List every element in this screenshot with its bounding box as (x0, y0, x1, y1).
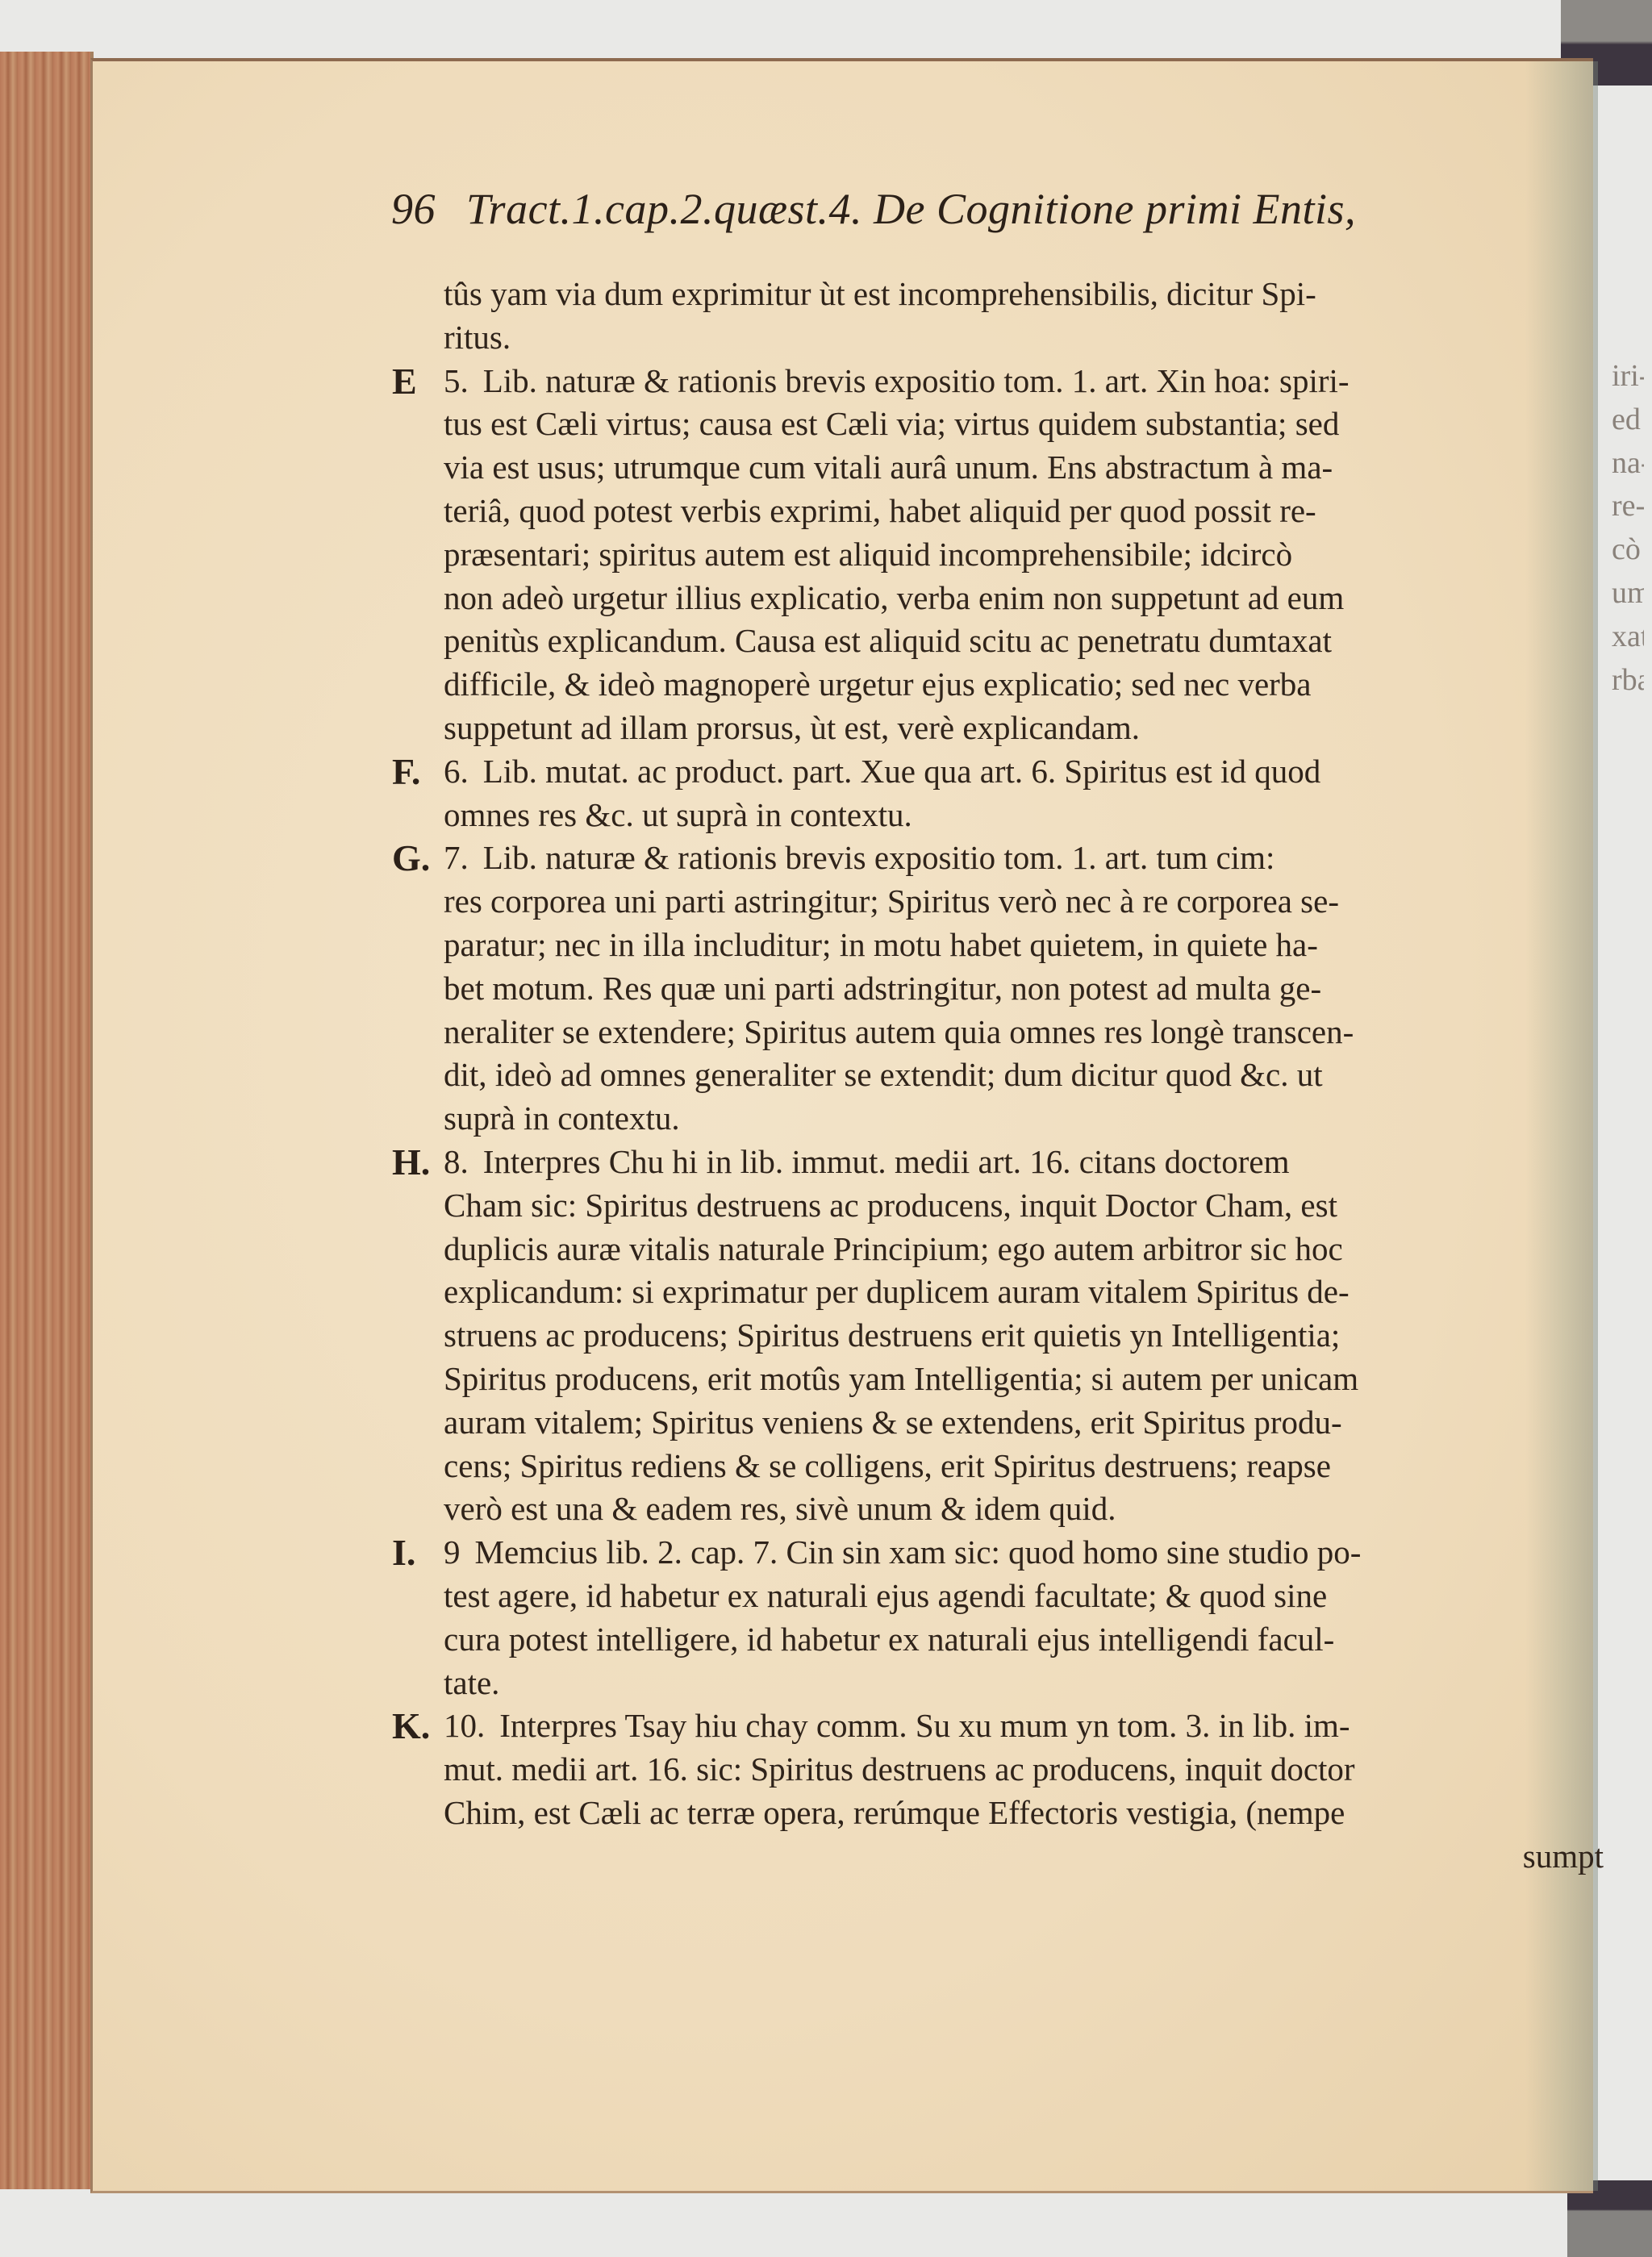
note-number: 8. (444, 1143, 469, 1180)
text-line: 10.Interpres Tsay hiu chay comm. Su xu m… (394, 1704, 1628, 1748)
note-marker: H. (392, 1141, 430, 1184)
bleed-fragment: na- (1612, 442, 1644, 486)
text-line: Chim, est Cæli ac terræ opera, rerúmque … (394, 1792, 1628, 1835)
note-marker: F. (392, 750, 420, 794)
catchword: sumpt (394, 1835, 1628, 1879)
text-line: verò est una & eadem res, sivè unum & id… (394, 1487, 1628, 1531)
text-line: 9Memcius lib. 2. cap. 7. Cin sin xam sic… (394, 1531, 1628, 1575)
note-h: H. 8.Interpres Chu hi in lib. immut. med… (394, 1141, 1628, 1531)
note-number: 10. (444, 1707, 485, 1744)
note-number: 9 (444, 1533, 461, 1571)
text-line: penitùs explicandum. Causa est aliquid s… (394, 620, 1628, 663)
bleed-fragment: re- (1612, 485, 1644, 528)
text-line: neraliter se extendere; Spiritus autem q… (394, 1011, 1628, 1054)
note-number: 7. (444, 839, 469, 876)
text-line: res corporea uni parti astringitur; Spir… (394, 880, 1628, 924)
text-line: Cham sic: Spiritus destruens ac producen… (394, 1184, 1628, 1228)
text-line: tate. (394, 1662, 1628, 1705)
note-i: I. 9Memcius lib. 2. cap. 7. Cin sin xam … (394, 1531, 1628, 1704)
bleed-fragment: cò (1612, 528, 1644, 572)
facing-page-bleed: iri- ed na- re- cò um xat rba (1612, 355, 1644, 702)
text-line: præsentari; spiritus autem est aliquid i… (394, 533, 1628, 577)
text-line: ritus. (394, 316, 1628, 360)
text-line: test agere, id habetur ex naturali ejus … (394, 1575, 1628, 1618)
text-line: explicandum: si exprimatur per duplicem … (394, 1270, 1628, 1314)
text-line: duplicis auræ vitalis naturale Principiu… (394, 1228, 1628, 1271)
book-page-edges (0, 52, 94, 2189)
text-line: dit, ideò ad omnes generaliter se extend… (394, 1053, 1628, 1097)
text-line: cens; Spiritus rediens & se colligens, e… (394, 1445, 1628, 1488)
text-line: difficile, & ideò magnoperè urgetur ejus… (394, 663, 1628, 707)
text-line: mut. medii art. 16. sic: Spiritus destru… (394, 1748, 1628, 1792)
text-line: 5.Lib. naturæ & rationis brevis expositi… (394, 360, 1628, 403)
note-e: E 5.Lib. naturæ & rationis brevis exposi… (394, 360, 1628, 750)
text-line: non adeò urgetur illius explicatio, verb… (394, 577, 1628, 620)
running-header: 96Tract.1.cap.2.quæst.4. De Cognitione p… (391, 184, 1356, 234)
text-line: auram vitalem; Spiritus veniens & se ext… (394, 1401, 1628, 1445)
text-line: tus est Cæli virtus; causa est Cæli via;… (394, 403, 1628, 446)
text-line: suprà in contextu. (394, 1097, 1628, 1141)
text-line: tûs yam via dum exprimitur ùt est incomp… (394, 273, 1628, 316)
text-line: teriâ, quod potest verbis exprimi, habet… (394, 490, 1628, 533)
bleed-fragment: xat (1612, 615, 1644, 659)
text-line: bet motum. Res quæ uni parti adstringitu… (394, 967, 1628, 1011)
note-marker: G. (392, 836, 430, 880)
note-g: G. 7.Lib. naturæ & rationis brevis expos… (394, 836, 1628, 1141)
text-line: struens ac producens; Spiritus destruens… (394, 1314, 1628, 1358)
bleed-fragment: rba (1612, 659, 1644, 703)
note-number: 6. (444, 753, 469, 790)
note-k: K. 10.Interpres Tsay hiu chay comm. Su x… (394, 1704, 1628, 1878)
bleed-fragment: iri- (1612, 355, 1644, 398)
note-number: 5. (444, 362, 469, 399)
text-line: 7.Lib. naturæ & rationis brevis expositi… (394, 836, 1628, 880)
note-f: F. 6.Lib. mutat. ac product. part. Xue q… (394, 750, 1628, 837)
text-line: suppetunt ad illam prorsus, ùt est, verè… (394, 707, 1628, 750)
continuation-text: tûs yam via dum exprimitur ùt est incomp… (394, 273, 1628, 360)
text-line: cura potest intelligere, id habetur ex n… (394, 1618, 1628, 1662)
bleed-fragment: ed (1612, 398, 1644, 442)
text-line: 6.Lib. mutat. ac product. part. Xue qua … (394, 750, 1628, 794)
text-line: omnes res &c. ut suprà in contextu. (394, 794, 1628, 837)
page-number: 96 (391, 185, 436, 233)
note-marker: K. (392, 1704, 430, 1748)
note-marker: E (392, 360, 417, 403)
note-marker: I. (392, 1531, 415, 1575)
text-line: paratur; nec in illa includitur; in motu… (394, 924, 1628, 967)
text-line: Spiritus producens, erit motûs yam Intel… (394, 1358, 1628, 1401)
text-line: 8.Interpres Chu hi in lib. immut. medii … (394, 1141, 1628, 1184)
notes-body: tûs yam via dum exprimitur ùt est incomp… (394, 273, 1628, 1878)
header-title: Tract.1.cap.2.quæst.4. De Cognitione pri… (466, 185, 1356, 233)
text-line: via est usus; utrumque cum vitali aurâ u… (394, 446, 1628, 490)
bleed-fragment: um (1612, 572, 1644, 615)
